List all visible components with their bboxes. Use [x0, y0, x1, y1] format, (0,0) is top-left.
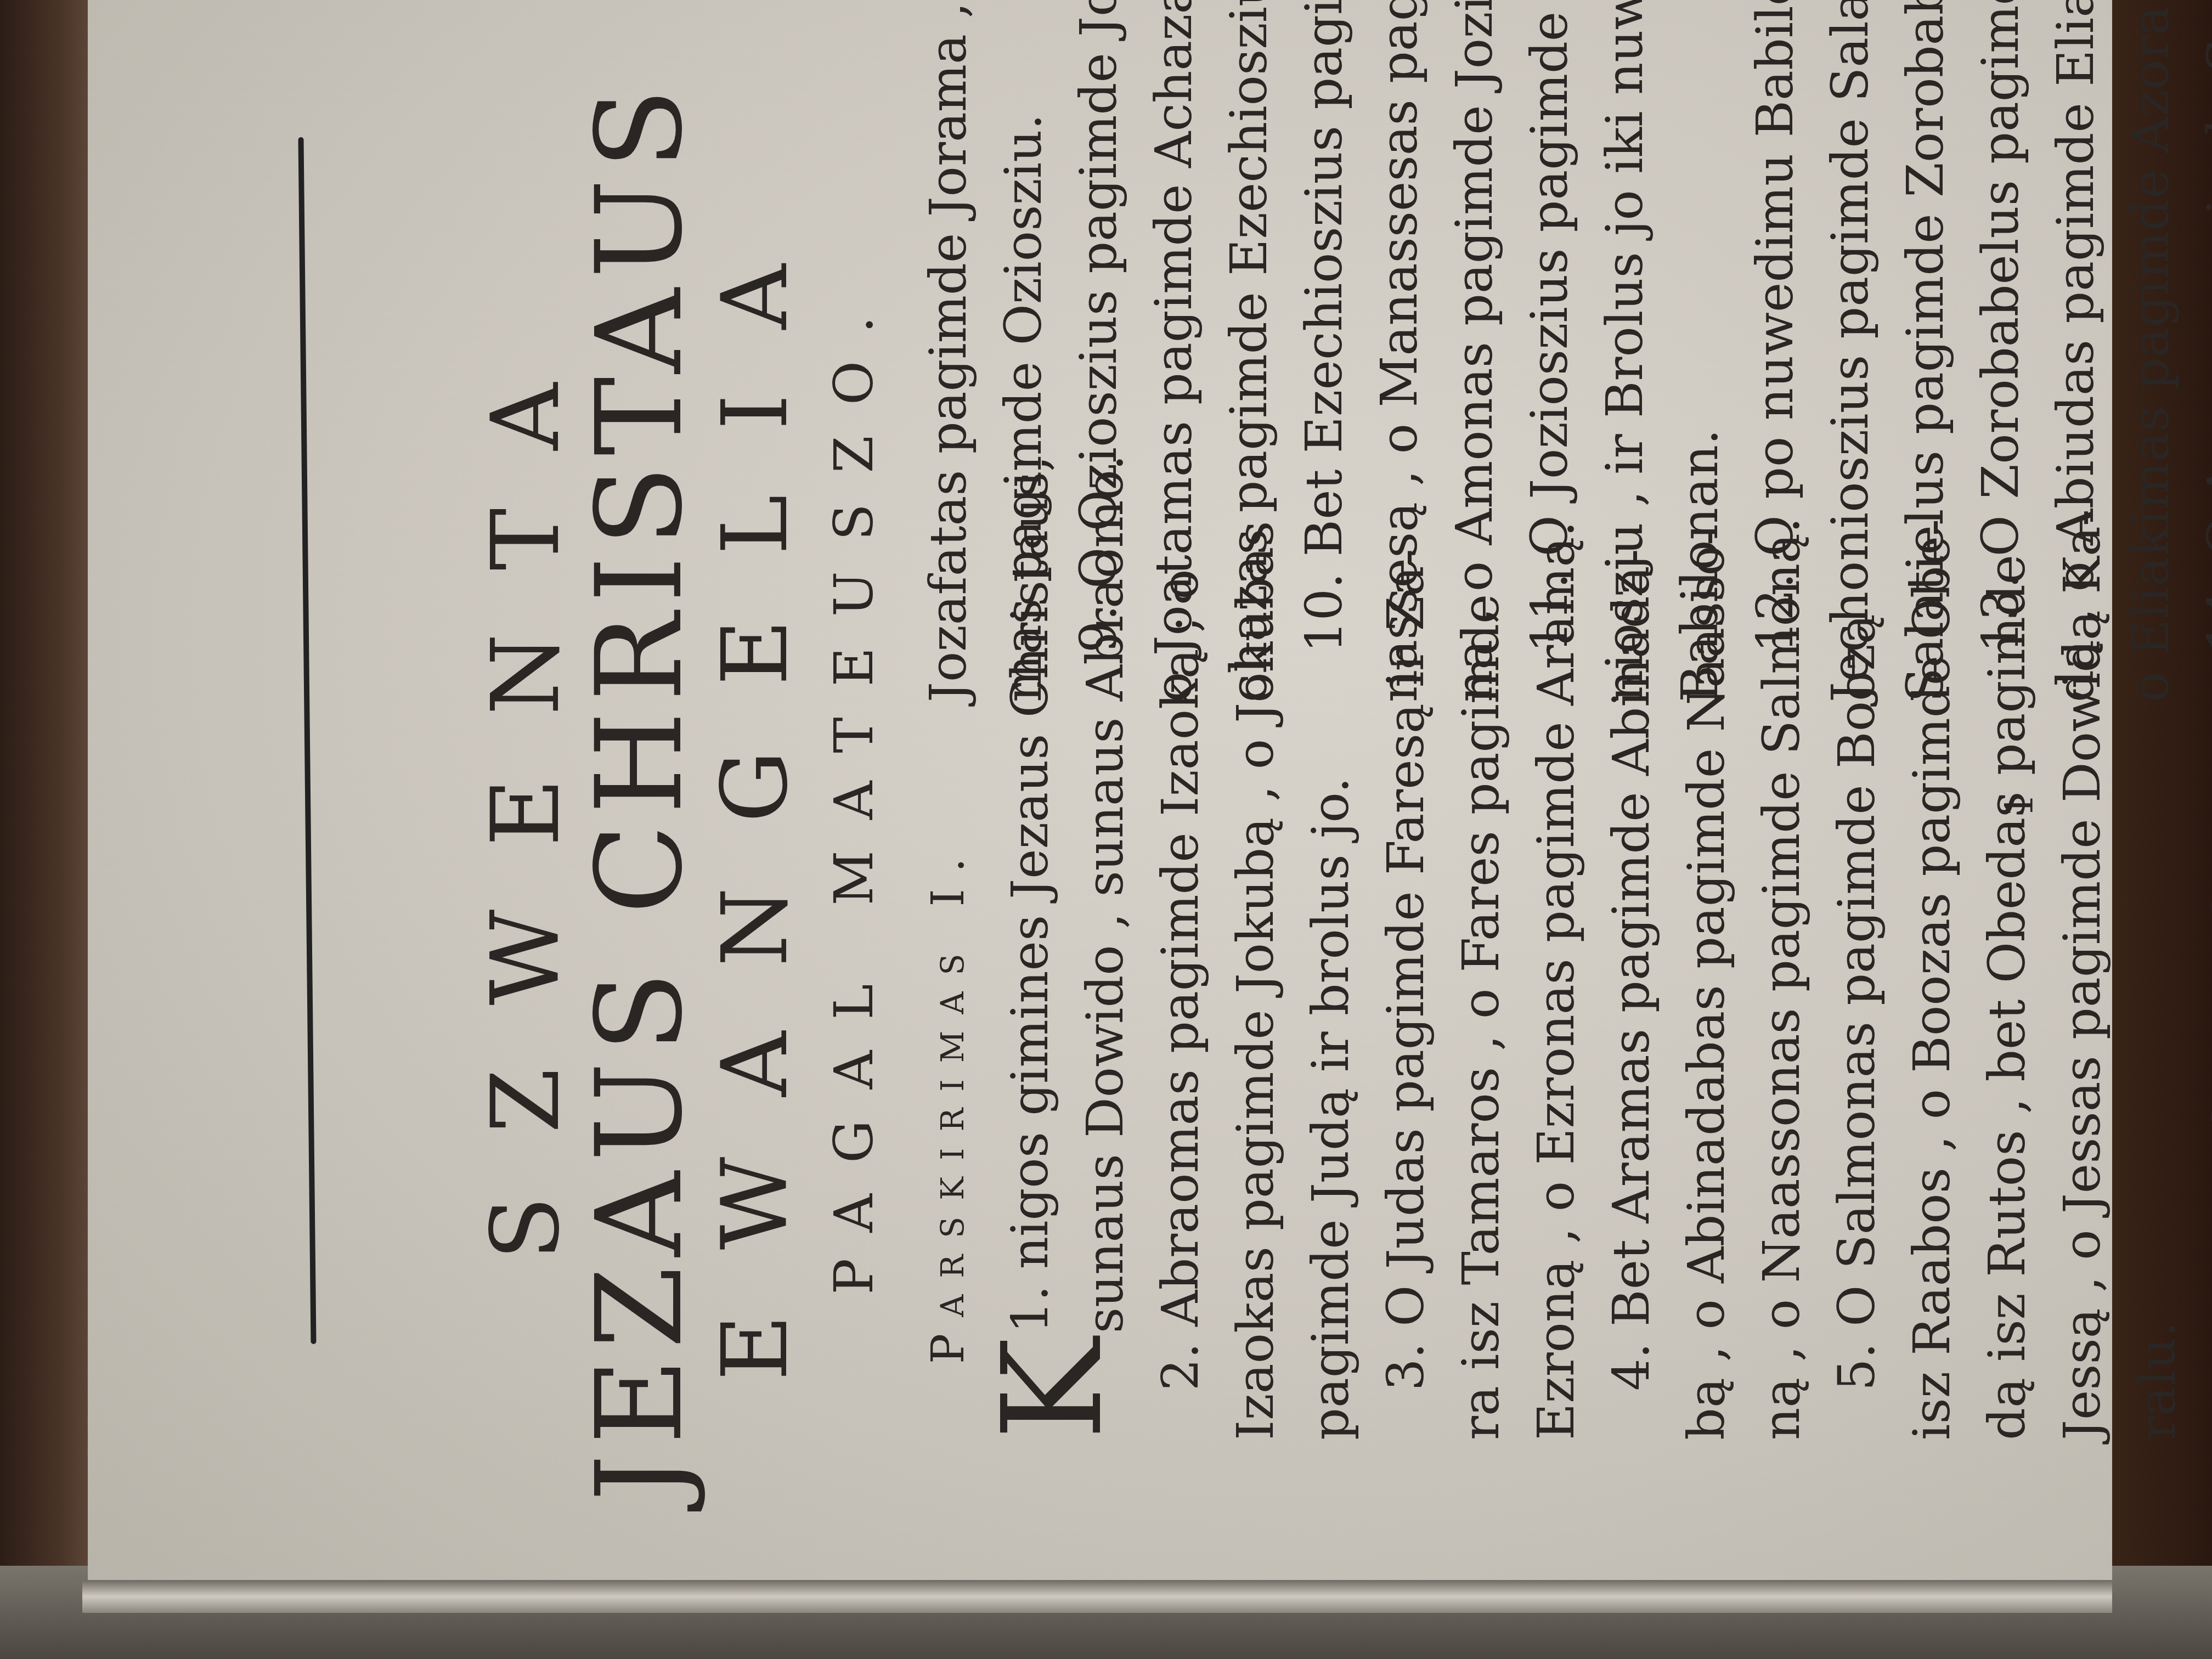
- text-line: na , o Amonas pagimde Jozioszju.: [1437, 27, 1512, 702]
- title-line-3: EWANGELIA: [702, 0, 808, 1580]
- background-left-edge: [0, 0, 88, 1659]
- text-line: 6. O Dowidas Karalus pagimde: [2195, 765, 2212, 1440]
- rotated-page-content: SZWENTA JEZAUS CHRISTAUS EWANGELIA PAGAL…: [88, 0, 2112, 1580]
- text-line: bą , o Abinadabas pagimde Naasso-: [1669, 765, 1744, 1440]
- text-line: Jozafatas pagimde Jorama , o Jora-: [911, 27, 986, 702]
- text-line: dą , o Abiudas pagimde Eliakimą ,: [2038, 27, 2113, 702]
- text-line: Salatielus pagimde Zorobabelu.: [1888, 27, 1963, 702]
- text-line: ralu.: [2120, 765, 2195, 1440]
- text-line: ną , o Naassonas pagimde Salmoną.: [1744, 765, 1819, 1440]
- right-column: Jozafatas pagimde Jorama , o Jora- mas p…: [911, 27, 2212, 702]
- text-line: 14. O Azoras pagimde Sadoką ,: [2188, 27, 2212, 702]
- header-rule: [298, 137, 316, 1344]
- text-line: 10. Bet Ezechioszius pagimde Ma-: [1286, 27, 1362, 702]
- text-line: chazas pagimde Ezechiosziu.: [1211, 27, 1286, 702]
- page-torn-edge: [82, 1580, 2112, 1613]
- text-line: Izaokas pagimde Jokubą , o Jokubas: [1218, 765, 1293, 1440]
- text-line: 5. O Salmonas pagimde Boozą: [1819, 765, 1894, 1440]
- text-line: 13. O Zorobabelus pagimde Abiu-: [1963, 27, 2038, 702]
- left-column: Parskirimas I. K 1. nigos gimines Jezaus…: [911, 765, 2212, 1440]
- text-line: isz Raabos , o Boozas pagimde Obe-: [1894, 765, 1970, 1440]
- text-line: 4. Bet Aramas pagimde Abinada-: [1594, 765, 1669, 1440]
- text-line: dą isz Rutos , bet Obedas pagimde: [1970, 765, 2045, 1440]
- title-line-4: PAGAL MATEUSZO.: [823, 0, 885, 1580]
- page-signature-mark: 1: [1997, 793, 2042, 817]
- section-heading: Parskirimas I.: [911, 765, 986, 1440]
- text-line: pagimde Judą ir brolus jo.: [1293, 765, 1368, 1440]
- text-line: 3. O Judas pagimde Faresą ir Za-: [1368, 765, 1443, 1440]
- text-line: 9. O Ozioszius pagimde Joatamą,: [1061, 27, 1136, 702]
- text-line: Jessą , o Jessas pagimde Dowidą Ka-: [2045, 765, 2120, 1440]
- text-line: 11. O Jozioszius pagimde Jecho-: [1512, 27, 1587, 702]
- title-line-1: SZWENTA: [472, 0, 580, 1580]
- drop-cap: K: [998, 1338, 1108, 1440]
- text-line: o Eliakimas pagimde Azora.: [2113, 27, 2188, 702]
- text-line: nioszju , ir Brolus jo iki nuwedimo: [1587, 27, 1662, 702]
- text-line: Jechonioszius pagimde Salatielu , o: [1813, 27, 1888, 702]
- text-line: o Joatamas pagimde Achaza , o A-: [1136, 27, 1211, 702]
- text-line: ra isz Tamaros , o Fares pagimde: [1443, 765, 1519, 1440]
- text-line: mas pagimde Oziosziu.: [986, 27, 1061, 702]
- title-line-2: JEZAUS CHRISTAUS: [571, 0, 708, 1580]
- text-line: nassesą , o Manassesas pagimde Amo-: [1362, 27, 1437, 702]
- text-line: Babilonan.: [1662, 27, 1737, 702]
- text-line: 2. Abraomas pagimde Izaoką ; o: [1143, 765, 1218, 1440]
- text-line: 12. O po nuwedimu Babilonan ,: [1737, 27, 1813, 702]
- text-line: Ezroną , o Ezronas pagimde Aramą.: [1519, 765, 1594, 1440]
